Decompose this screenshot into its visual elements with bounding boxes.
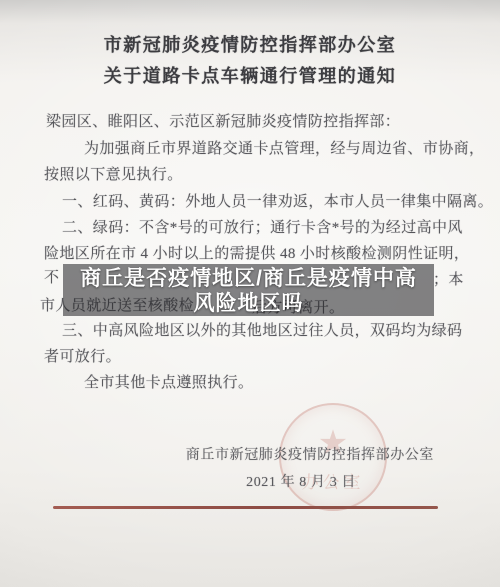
doc-item2-line3-left: 不 [44,266,59,287]
doc-item3-line2: 者可放行。 [44,345,121,366]
caption-line2: 风险地区吗 [63,291,434,316]
doc-title-line2: 关于道路卡点车辆通行管理的通知 [0,62,500,88]
doc-salutation: 梁园区、睢阳区、示范区新冠肺炎疫情防控指挥部： [46,110,400,131]
notice-document-photo: 市新冠肺炎疫情防控指挥部办公室 关于道路卡点车辆通行管理的通知 梁园区、睢阳区、… [0,0,500,587]
doc-closing: 全市其他卡点遵照执行。 [84,371,253,392]
caption-overlay-banner: 商丘是否疫情地区/商丘是疫情中高 风险地区吗 [63,264,434,316]
caption-line1: 商丘是否疫情地区/商丘是疫情中高 [63,266,434,291]
doc-intro-line1: 为加强商丘市界道路交通卡点管理，经与周边省、市协商， [84,137,484,158]
doc-intro-line2: 按照以下意见执行。 [44,163,183,184]
doc-title-line1: 市新冠肺炎疫情防控指挥部办公室 [0,31,500,57]
doc-signature: 商丘市新冠肺炎疫情防控指挥部办公室 [186,444,434,464]
doc-item2-line1: 二、绿码：不含*号的可放行；通行卡含*号的为经过高中风 [62,216,463,237]
doc-item1: 一、红码、黄码：外地人员一律劝返，本市人员一律集中隔离。 [62,190,493,211]
doc-date: 2021 年 8 月 3 日 [246,471,356,491]
doc-item3-line1: 三、中高风险地区以外的其他地区过往人员，双码均为绿码 [62,319,462,340]
red-divider-line [53,506,438,509]
doc-item2-line2: 险地区所在市 4 小时以上的需提供 48 小时核酸检测阴性证明， [44,242,469,263]
doc-item2-line3-right: ；本 [433,268,464,289]
